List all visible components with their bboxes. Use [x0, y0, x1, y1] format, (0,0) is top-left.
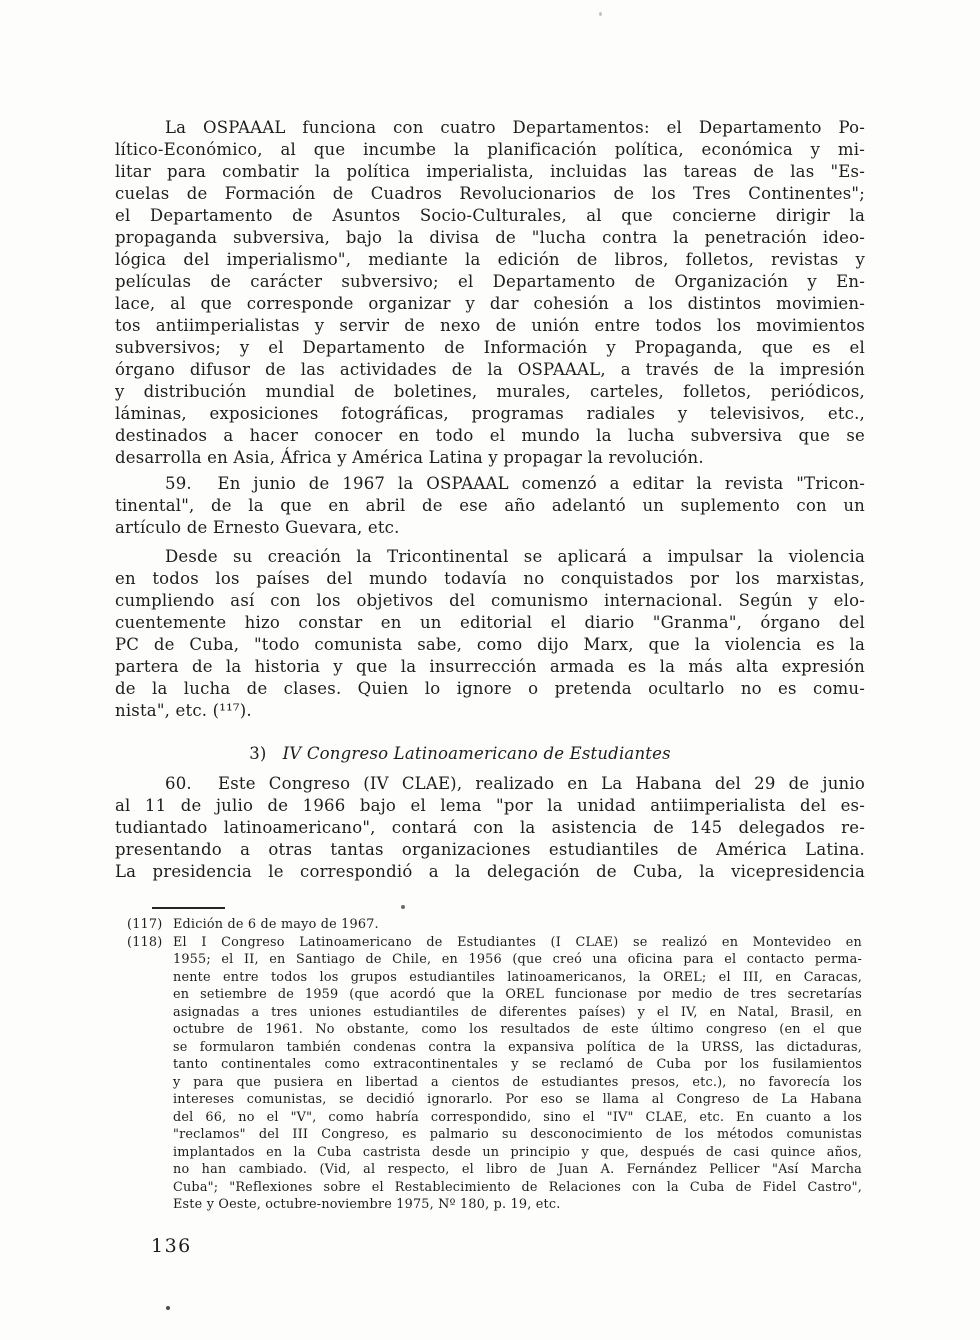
- footnote-marker: (118): [127, 934, 173, 1214]
- text-line: películas de carácter subversivo; el Dep…: [115, 271, 865, 293]
- scanned-page: La OSPAAAL funciona con cuatro Departame…: [0, 0, 980, 1340]
- text-line: PC de Cuba, "todo comunista sabe, como d…: [115, 634, 865, 656]
- text-line: y para que pusiera en libertad a cientos…: [173, 1074, 862, 1092]
- text-line: destinados a hacer conocer en todo el mu…: [115, 425, 865, 447]
- section-heading-number: 3): [249, 743, 266, 765]
- text-line: 1955; el II, en Santiago de Chile, en 19…: [173, 951, 862, 969]
- page-number: 136: [151, 1235, 192, 1257]
- footnote-text: Edición de 6 de mayo de 1967.: [173, 916, 862, 934]
- text-line: partera de la historia y que la insurrec…: [115, 656, 865, 678]
- footnote-117: (117) Edición de 6 de mayo de 1967.: [127, 916, 862, 934]
- text-line: asignadas a tres uniones estudiantiles d…: [173, 1004, 862, 1022]
- text-line: litar para combatir la política imperial…: [115, 161, 865, 183]
- text-line: no han cambiado. (Vid, al respecto, el l…: [173, 1161, 862, 1179]
- text-line: La OSPAAAL funciona con cuatro Departame…: [115, 117, 865, 139]
- paragraph-59-tricontinental-magazine: 59. En junio de 1967 la OSPAAAL comenzó …: [115, 473, 865, 539]
- text-line: tanto continentales como extracontinenta…: [173, 1056, 862, 1074]
- text-line: "reclamos" del III Congreso, es palmario…: [173, 1126, 862, 1144]
- paragraph-60-iv-clae: 60. Este Congreso (IV CLAE), realizado e…: [115, 773, 865, 883]
- text-line: 59. En junio de 1967 la OSPAAAL comenzó …: [115, 473, 865, 495]
- text-line: en todos los países del mundo todavía no…: [115, 568, 865, 590]
- section-heading-title: IV Congreso Latinoamericano de Estudiant…: [283, 743, 671, 765]
- text-line: el Departamento de Asuntos Socio-Cultura…: [115, 205, 865, 227]
- text-line: propaganda subversiva, bajo la divisa de…: [115, 227, 865, 249]
- footnote-marker: (117): [127, 916, 173, 934]
- text-line: implantados en la Cuba castrista desde u…: [173, 1144, 862, 1162]
- text-line: nente entre todos los grupos estudiantil…: [173, 969, 862, 987]
- text-line: láminas, exposiciones fotográficas, prog…: [115, 403, 865, 425]
- footnote-text: El I Congreso Latinoamericano de Estudia…: [173, 934, 862, 1214]
- text-line: órgano difusor de las actividades de la …: [115, 359, 865, 381]
- text-line: tos antiimperialistas y servir de nexo d…: [115, 315, 865, 337]
- text-line: y distribución mundial de boletines, mur…: [115, 381, 865, 403]
- text-line: de la lucha de clases. Quien lo ignore o…: [115, 678, 865, 700]
- text-line: intereses comunistas, se decidió ignorar…: [173, 1091, 862, 1109]
- text-line: cumpliendo así con los objetivos del com…: [115, 590, 865, 612]
- text-line: artículo de Ernesto Guevara, etc.: [115, 517, 865, 539]
- footnote-separator-rule: [152, 907, 225, 909]
- text-line: nista", etc. (¹¹⁷).: [115, 700, 865, 722]
- text-line: lógica del imperialismo", mediante la ed…: [115, 249, 865, 271]
- text-line: en setiembre de 1959 (que acordó que la …: [173, 986, 862, 1004]
- text-line: subversivos; y el Departamento de Inform…: [115, 337, 865, 359]
- footnote-region: (117) Edición de 6 de mayo de 1967. (118…: [127, 916, 862, 1214]
- ink-speck: [401, 905, 405, 909]
- text-line: tudiantado latinoamericano", contará con…: [115, 817, 865, 839]
- ink-speck: [599, 12, 602, 16]
- text-line: presentando a otras tantas organizacione…: [115, 839, 865, 861]
- text-line: desarrolla en Asia, África y América Lat…: [115, 447, 865, 469]
- text-line: cuelas de Formación de Cuadros Revolucio…: [115, 183, 865, 205]
- text-line: lace, al que corresponde organizar y dar…: [115, 293, 865, 315]
- paragraph-ospaaal-departments: La OSPAAAL funciona con cuatro Departame…: [115, 117, 865, 469]
- text-line: La presidencia le correspondió a la dele…: [115, 861, 865, 883]
- text-line: cuentemente hizo constar en un editorial…: [115, 612, 865, 634]
- text-line: octubre de 1961. No obstante, como los r…: [173, 1021, 862, 1039]
- main-text-block: La OSPAAAL funciona con cuatro Departame…: [115, 117, 865, 883]
- text-line: Edición de 6 de mayo de 1967.: [173, 916, 862, 934]
- paragraph-tricontinental-violence: Desde su creación la Tricontinental se a…: [115, 546, 865, 722]
- text-line: al 11 de julio de 1966 bajo el lema "por…: [115, 795, 865, 817]
- text-line: El I Congreso Latinoamericano de Estudia…: [173, 934, 862, 952]
- section-heading: 3) IV Congreso Latinoamericano de Estudi…: [115, 743, 805, 765]
- text-line: Cuba"; "Reflexiones sobre el Restablecim…: [173, 1179, 862, 1197]
- text-line: Desde su creación la Tricontinental se a…: [115, 546, 865, 568]
- footnote-118: (118) El I Congreso Latinoamericano de E…: [127, 934, 862, 1214]
- text-line: del 66, no el "V", como habría correspon…: [173, 1109, 862, 1127]
- text-line: se formularon también condenas contra la…: [173, 1039, 862, 1057]
- text-line: lítico-Económico, al que incumbe la plan…: [115, 139, 865, 161]
- ink-speck: [166, 1306, 170, 1310]
- text-line: tinental", de la que en abril de ese año…: [115, 495, 865, 517]
- text-line: 60. Este Congreso (IV CLAE), realizado e…: [115, 773, 865, 795]
- text-line: Este y Oeste, octubre-noviembre 1975, Nº…: [173, 1196, 862, 1214]
